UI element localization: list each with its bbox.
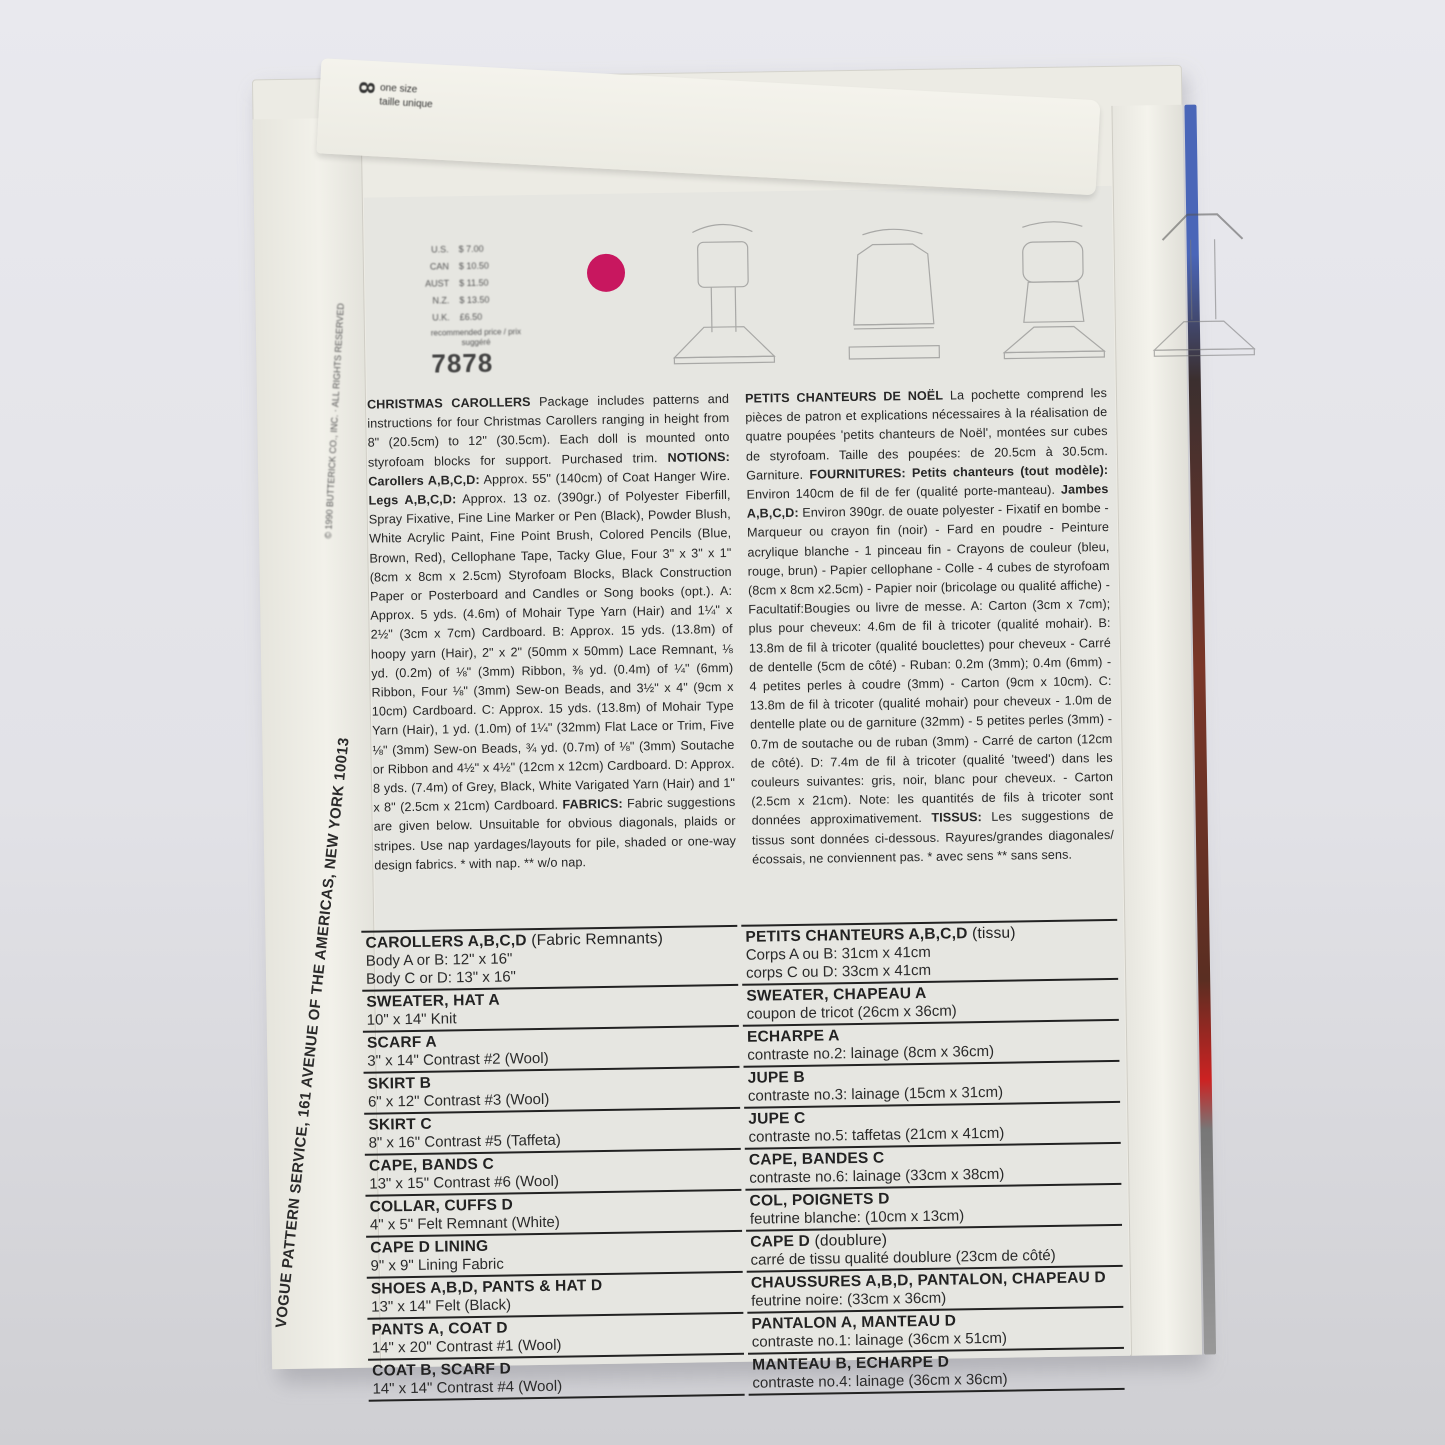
price-row: N.Z.$ 13.50: [415, 291, 535, 310]
yardage-row: PANTALON A, MANTEAU D contraste no.1: la…: [747, 1308, 1124, 1355]
flap-pattern-number-fragment: 8: [353, 81, 380, 95]
publisher-address: VOGUE PATTERN SERVICE, 161 AVENUE OF THE…: [273, 737, 353, 1329]
yardage-row: SCARF A 3" x 14" Contrast #2 (Wool): [363, 1027, 740, 1074]
yardage-row: CAROLLERS A,B,C,D (Fabric Remnants)Body …: [361, 927, 738, 992]
yardage-row: SKIRT C 8" x 16" Contrast #5 (Taffeta): [364, 1109, 741, 1156]
yardage-piece-note: (doublure): [814, 1232, 887, 1250]
yardage-tables: CAROLLERS A,B,C,D (Fabric Remnants)Body …: [361, 919, 1128, 1402]
left-side-flap: VOGUE PATTERN SERVICE, 161 AVENUE OF THE…: [253, 118, 382, 1370]
yardage-row: CAPE D (doublure)carré de tissu qualité …: [746, 1226, 1123, 1273]
price-row: U.S.$ 7.00: [414, 240, 534, 259]
pattern-number: 7878: [431, 348, 493, 380]
yardage-row: ECHARPE A contraste no.2: lainage (8cm x…: [743, 1021, 1120, 1068]
suggested-price-note: recommended price / prix suggéré: [416, 327, 536, 349]
french-title: PETITS CHANTEURS DE NOËL: [745, 389, 943, 406]
yardage-table-french: PETITS CHANTEURS A,B,C,D (tissu)Corps A …: [741, 919, 1124, 1396]
yardage-row: CHAUSSURES A,B,D, PANTALON, CHAPEAU D fe…: [747, 1267, 1124, 1314]
yardage-row: COL, POIGNETS D feutrine blanche: (10cm …: [745, 1185, 1122, 1232]
price-country: AUST: [415, 275, 449, 293]
price-value: $ 11.50: [459, 275, 489, 292]
yardage-row: SHOES A,B,D, PANTS & HAT D 13" x 14" Fel…: [367, 1273, 744, 1320]
price-country: CAN: [415, 258, 449, 276]
price-value: $ 7.00: [458, 241, 483, 258]
yardage-row: MANTEAU B, ECHARPE D contraste no.4: lai…: [748, 1349, 1125, 1396]
yardage-row: COLLAR, CUFFS D 4" x 5" Felt Remnant (Wh…: [365, 1191, 742, 1238]
price-country: N.Z.: [415, 292, 449, 310]
yardage-row: CAPE, BANDS C 13" x 15" Contrast #6 (Woo…: [365, 1150, 742, 1197]
size-label: one size taille unique: [379, 82, 434, 113]
copyright-line: © 1990 BUTTERICK CO., INC. · ALL RIGHTS …: [323, 303, 346, 539]
doll-a-illustration: [662, 216, 784, 368]
price-value: $ 10.50: [459, 258, 489, 275]
doll-b-illustration: [832, 213, 954, 365]
pattern-envelope: VOGUE PATTERN SERVICE, 161 AVENUE OF THE…: [252, 65, 1202, 1369]
yardage-row: JUPE C contraste no.5: taffetas (21cm x …: [744, 1103, 1121, 1150]
price-country: U.K.: [416, 309, 450, 327]
english-description: CHRISTMAS CAROLLERS Package includes pat…: [367, 390, 736, 876]
photo-background: VOGUE PATTERN SERVICE, 161 AVENUE OF THE…: [0, 0, 1445, 1445]
price-country: U.S.: [414, 241, 448, 259]
yardage-row: SKIRT B 6" x 12" Contrast #3 (Wool): [364, 1068, 741, 1115]
doll-c-illustration: [992, 211, 1114, 363]
yardage-row: SWEATER, HAT A 10" x 14" Knit: [362, 986, 739, 1033]
price-row: CAN$ 10.50: [415, 257, 535, 276]
price-value: $ 13.50: [459, 292, 489, 309]
yardage-piece-note: (Fabric Remnants): [531, 930, 663, 949]
french-description: PETITS CHANTEURS DE NOËL La pochette com…: [745, 384, 1114, 870]
yardage-row: JUPE B contraste no.3: lainage (15cm x 3…: [744, 1062, 1121, 1109]
price-table: U.S.$ 7.00CAN$ 10.50AUST$ 11.50N.Z.$ 13.…: [414, 240, 536, 349]
price-value: £6.50: [460, 309, 483, 326]
french-notions-text: PETITS CHANTEURS DE NOËL La pochette com…: [745, 384, 1114, 870]
yardage-row: CAPE, BANDES C contraste no.6: lainage (…: [745, 1144, 1122, 1191]
yardage-row: PANTS A, COAT D 14" x 20" Contrast #1 (W…: [367, 1314, 744, 1361]
price-row: AUST$ 11.50: [415, 274, 535, 293]
yardage-piece-note: (tissu): [972, 924, 1016, 942]
yardage-row: PETITS CHANTEURS A,B,C,D (tissu)Corps A …: [741, 921, 1118, 986]
english-notions-text: CHRISTMAS CAROLLERS Package includes pat…: [367, 390, 736, 876]
yardage-row: COAT B, SCARF D 14" x 14" Contrast #4 (W…: [368, 1355, 745, 1402]
size-french: taille unique: [379, 95, 433, 112]
doll-d-illustration: [1142, 209, 1264, 361]
price-row: U.K.£6.50: [416, 308, 536, 327]
english-title: CHRISTMAS CAROLLERS: [367, 395, 531, 412]
description-columns: CHRISTMAS CAROLLERS Package includes pat…: [367, 384, 1114, 876]
yardage-row: SWEATER, CHAPEAU A coupon de tricot (26c…: [742, 980, 1119, 1027]
doll-illustrations: [662, 208, 1304, 368]
yardage-table-english: CAROLLERS A,B,C,D (Fabric Remnants)Body …: [361, 925, 744, 1402]
yardage-row: CAPE D LINING 9" x 9" Lining Fabric: [366, 1232, 743, 1279]
